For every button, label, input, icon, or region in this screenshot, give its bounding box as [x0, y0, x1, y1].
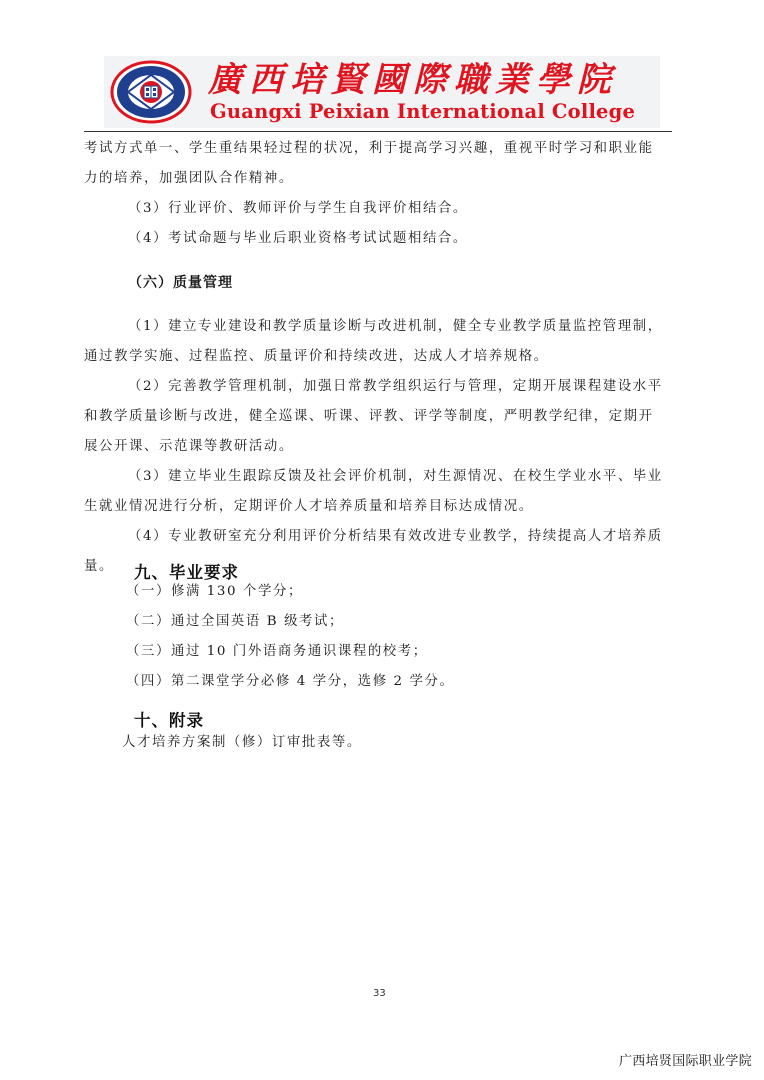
paragraph-item: （3）行业评价、教师评价与学生自我评价相结合。 — [84, 194, 674, 224]
college-logo-icon — [110, 60, 192, 124]
quality-item-2-cont: 和教学质量诊断与改进，健全巡课、听课、评教、评学等制度，严明教学纪律，定期开 — [84, 402, 674, 432]
college-title-english: Guangxi Peixian International College — [210, 100, 660, 124]
appendix-text: 人才培养方案制（修）订审批表等。 — [122, 731, 362, 750]
section-heading-appendix: 十、附录 — [134, 707, 204, 731]
quality-item-1: （1）建立专业建设和教学质量诊断与改进机制，健全专业教学质量监控管理制， — [84, 312, 674, 342]
paragraph-line: 考试方式单一、学生重结果轻过程的状况，利于提高学习兴趣，重视平时学习和职业能 — [84, 134, 674, 164]
quality-item-3-cont: 生就业情况进行分析，定期评价人才培养质量和培养目标达成情况。 — [84, 492, 674, 522]
page-number: 33 — [373, 988, 386, 999]
document-body: 考试方式单一、学生重结果轻过程的状况，利于提高学习兴趣，重视平时学习和职业能 力… — [84, 134, 674, 582]
footer-institution: 广西培贤国际职业学院 — [619, 1050, 752, 1069]
quality-item-1-cont: 通过教学实施、过程监控、质量评价和持续改进，达成人才培养规格。 — [84, 342, 674, 372]
quality-item-4: （4）专业教研室充分利用评价分析结果有效改进专业教学，持续提高人才培养质 — [84, 522, 674, 552]
graduation-requirement: （一）修满 130 个学分； — [126, 580, 303, 599]
quality-item-3: （3）建立毕业生跟踪反馈及社会评价机制，对生源情况、在校生学业水平、毕业 — [84, 462, 674, 492]
quality-item-2-cont: 展公开课、示范课等教研活动。 — [84, 432, 674, 462]
paragraph-item: （4）考试命题与毕业后职业资格考试试题相结合。 — [84, 224, 674, 254]
paragraph-line: 力的培养，加强团队合作精神。 — [84, 164, 674, 194]
subsection-title: （六）质量管理 — [84, 268, 674, 298]
header-divider — [84, 131, 672, 132]
graduation-requirement: （三）通过 10 门外语商务通识课程的校考； — [126, 640, 428, 659]
header-banner: 廣西培賢國際職業學院 Guangxi Peixian International… — [104, 56, 660, 128]
college-title-chinese: 廣西培賢國際職業學院 — [208, 60, 658, 100]
graduation-requirement: （二）通过全国英语 B 级考试； — [126, 610, 344, 629]
quality-item-2: （2）完善教学管理机制，加强日常教学组织运行与管理，定期开展课程建设水平 — [84, 372, 674, 402]
graduation-requirement: （四）第二课堂学分必修 4 学分，选修 2 学分。 — [126, 670, 455, 689]
